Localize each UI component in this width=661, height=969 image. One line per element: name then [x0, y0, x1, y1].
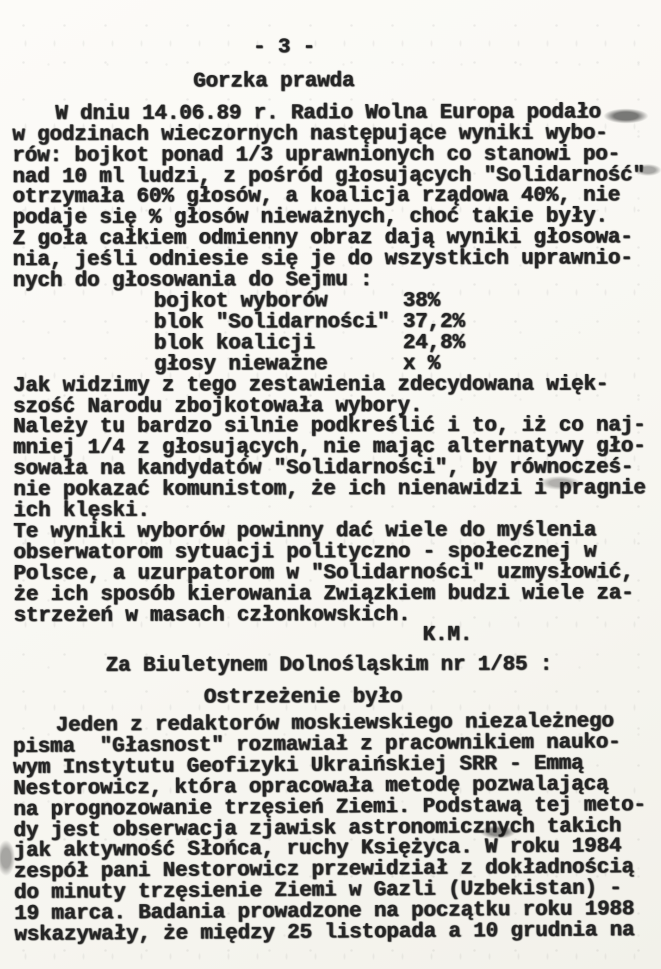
article-title: Gorzka prawda [193, 71, 661, 93]
author-initials: K.M. [423, 626, 661, 648]
page-content: - 3 - Gorzka prawda W dniu 14.06.89 r. R… [0, 37, 661, 947]
result-value: x % [403, 355, 440, 376]
paragraph-election-report: W dniu 14.06.89 r. Radio Wolna Europa po… [12, 103, 661, 293]
result-value: 38% [403, 292, 440, 313]
result-label: blok koalicji [154, 334, 403, 356]
article-ostrzezenie-bylo: Za Biuletynem Dolnośląskim nr 1/85 : Ost… [2, 656, 661, 948]
paragraph-earthquake-prediction: Jeden z redaktorów moskiewskiego niezale… [13, 712, 661, 947]
paragraph-commentary: Jak widzimy z tego zestawienia zdecydowa… [13, 375, 661, 628]
text-line: strzeżeń w masach członkowskich. [13, 605, 661, 628]
result-label: głosy nieważne [154, 355, 403, 377]
result-label: blok "Solidarności" [154, 313, 403, 335]
scanned-page: - 3 - Gorzka prawda W dniu 14.06.89 r. R… [0, 0, 661, 969]
text-line: nych do głosowania do Sejmu : [13, 270, 661, 293]
text-line: nie pokazać komunistom, że ich nienawidz… [13, 479, 661, 502]
results-table: bojkot wyborów38% blok "Solidarności"37,… [154, 291, 661, 376]
article-gorzka-prawda: Gorzka prawda W dniu 14.06.89 r. Radio W… [0, 71, 661, 648]
page-number: - 3 - [253, 37, 661, 59]
text-line: wskazywały, że między 25 listopada a 10 … [14, 921, 661, 947]
article-title: Ostrzeżenie było [204, 688, 661, 710]
text-line: Jak widzimy z tego zestawienia zdecydowa… [13, 375, 661, 398]
source-reference: Za Biuletynem Dolnośląskim nr 1/85 : [106, 656, 661, 678]
result-value: 37,2% [403, 313, 465, 334]
result-value: 24,8% [403, 334, 465, 355]
